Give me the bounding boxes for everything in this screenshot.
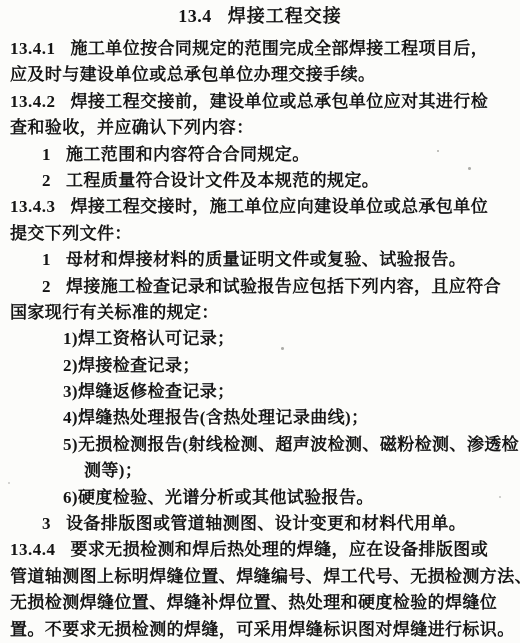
line-text: 无损检测焊缝位置、焊缝补焊位置、热处理和硬度检验的焊缝位	[10, 593, 497, 612]
line-text: 2)焊接检查记录；	[63, 356, 200, 375]
doc-line: 1施工范围和内容符合合同规定。	[0, 142, 520, 168]
doc-line: 1母材和焊接材料的质量证明文件或复验、试验报告。	[0, 247, 520, 273]
doc-line: 1)焊工资格认可记录；	[0, 326, 520, 352]
clause-number: 13.4.2	[10, 92, 56, 111]
line-text: 5)无损检测报告(射线检测、超声波检测、磁粉检测、渗透检	[63, 435, 519, 454]
doc-line: 3设备排版图或管道轴测图、设计变更和材料代用单。	[0, 511, 520, 537]
document-page: 13.4焊接工程交接 13.4.1施工单位按合同规定的范围完成全部焊接工程项目后…	[0, 0, 520, 643]
doc-line: 测等)；	[0, 458, 520, 484]
doc-line: 提交下列文件：	[0, 221, 520, 247]
line-text: 提交下列文件：	[10, 224, 132, 243]
line-text: 3)焊缝返修检查记录；	[63, 382, 235, 401]
doc-line: 13.4.4要求无损检测和焊后热处理的焊缝，应在设备排版图或	[0, 537, 520, 563]
clause-number: 13.4.1	[10, 39, 56, 58]
scan-speck	[499, 496, 501, 498]
doc-line: 应及时与建设单位或总承包单位办理交接手续。	[0, 62, 520, 88]
line-text: 焊接工程交接前，建设单位或总承包单位应对其进行检	[71, 92, 489, 111]
line-text: 测等)；	[84, 461, 142, 480]
line-text: 焊接施工检查记录和试验报告应包括下列内容，且应符合	[66, 277, 501, 296]
list-item-number: 2	[42, 171, 51, 190]
section-title: 13.4焊接工程交接	[0, 0, 520, 28]
doc-line: 置。不要求无损检测的焊缝，可采用焊缝标识图对焊缝进行标识。	[0, 617, 520, 643]
doc-line: 2)焊接检查记录；	[0, 353, 520, 379]
line-text: 6)硬度检验、光谱分析或其他试验报告。	[63, 488, 374, 507]
clause-number: 13.4.4	[10, 540, 56, 559]
scan-speck	[468, 167, 471, 170]
doc-line: 3)焊缝返修检查记录；	[0, 379, 520, 405]
line-text: 设备排版图或管道轴测图、设计变更和材料代用单。	[66, 514, 466, 533]
line-text: 1)焊工资格认可记录；	[63, 329, 235, 348]
scan-speck	[437, 150, 439, 152]
doc-line: 2焊接施工检查记录和试验报告应包括下列内容，且应符合	[0, 274, 520, 300]
line-text: 置。不要求无损检测的焊缝，可采用焊缝标识图对焊缝进行标识。	[10, 620, 515, 639]
list-item-number: 1	[42, 250, 51, 269]
line-text: 要求无损检测和焊后热处理的焊缝，应在设备排版图或	[71, 540, 489, 559]
doc-line: 无损检测焊缝位置、焊缝补焊位置、热处理和硬度检验的焊缝位	[0, 590, 520, 616]
list-item-number: 2	[42, 277, 51, 296]
line-text: 国家现行有关标准的规定：	[10, 303, 219, 322]
section-title-number: 13.4	[178, 6, 212, 26]
line-text: 施工范围和内容符合合同规定。	[66, 145, 310, 164]
line-text: 工程质量符合设计文件及本规范的规定。	[66, 171, 379, 190]
doc-line: 国家现行有关标准的规定：	[0, 300, 520, 326]
doc-line: 6)硬度检验、光谱分析或其他试验报告。	[0, 485, 520, 511]
scan-speck	[281, 347, 284, 350]
list-item-number: 3	[42, 514, 51, 533]
doc-line: 4)焊缝热处理报告(含热处理记录曲线)；	[0, 405, 520, 431]
doc-line: 13.4.1施工单位按合同规定的范围完成全部焊接工程项目后，	[0, 36, 520, 62]
doc-line: 5)无损检测报告(射线检测、超声波检测、磁粉检测、渗透检	[0, 432, 520, 458]
doc-line: 13.4.2焊接工程交接前，建设单位或总承包单位应对其进行检	[0, 89, 520, 115]
line-text: 焊接工程交接时，施工单位应向建设单位或总承包单位	[71, 197, 489, 216]
doc-line: 2工程质量符合设计文件及本规范的规定。	[0, 168, 520, 194]
line-text: 4)焊缝热处理报告(含热处理记录曲线)；	[63, 408, 368, 427]
line-text: 母材和焊接材料的质量证明文件或复验、试验报告。	[66, 250, 466, 269]
line-text: 施工单位按合同规定的范围完成全部焊接工程项目后，	[71, 39, 489, 58]
section-title-text: 焊接工程交接	[228, 6, 342, 26]
scan-speck	[8, 482, 10, 484]
line-text: 查和验收，并应确认下列内容：	[10, 118, 254, 137]
document-body: 13.4.1施工单位按合同规定的范围完成全部焊接工程项目后， 应及时与建设单位或…	[0, 36, 520, 643]
list-item-number: 1	[42, 145, 51, 164]
doc-line: 管道轴测图上标明焊缝位置、焊缝编号、焊工代号、无损检测方法、	[0, 564, 520, 590]
line-text: 管道轴测图上标明焊缝位置、焊缝编号、焊工代号、无损检测方法、	[10, 567, 520, 586]
line-text: 应及时与建设单位或总承包单位办理交接手续。	[10, 65, 375, 84]
doc-line: 13.4.3焊接工程交接时，施工单位应向建设单位或总承包单位	[0, 194, 520, 220]
doc-line: 查和验收，并应确认下列内容：	[0, 115, 520, 141]
clause-number: 13.4.3	[10, 197, 56, 216]
